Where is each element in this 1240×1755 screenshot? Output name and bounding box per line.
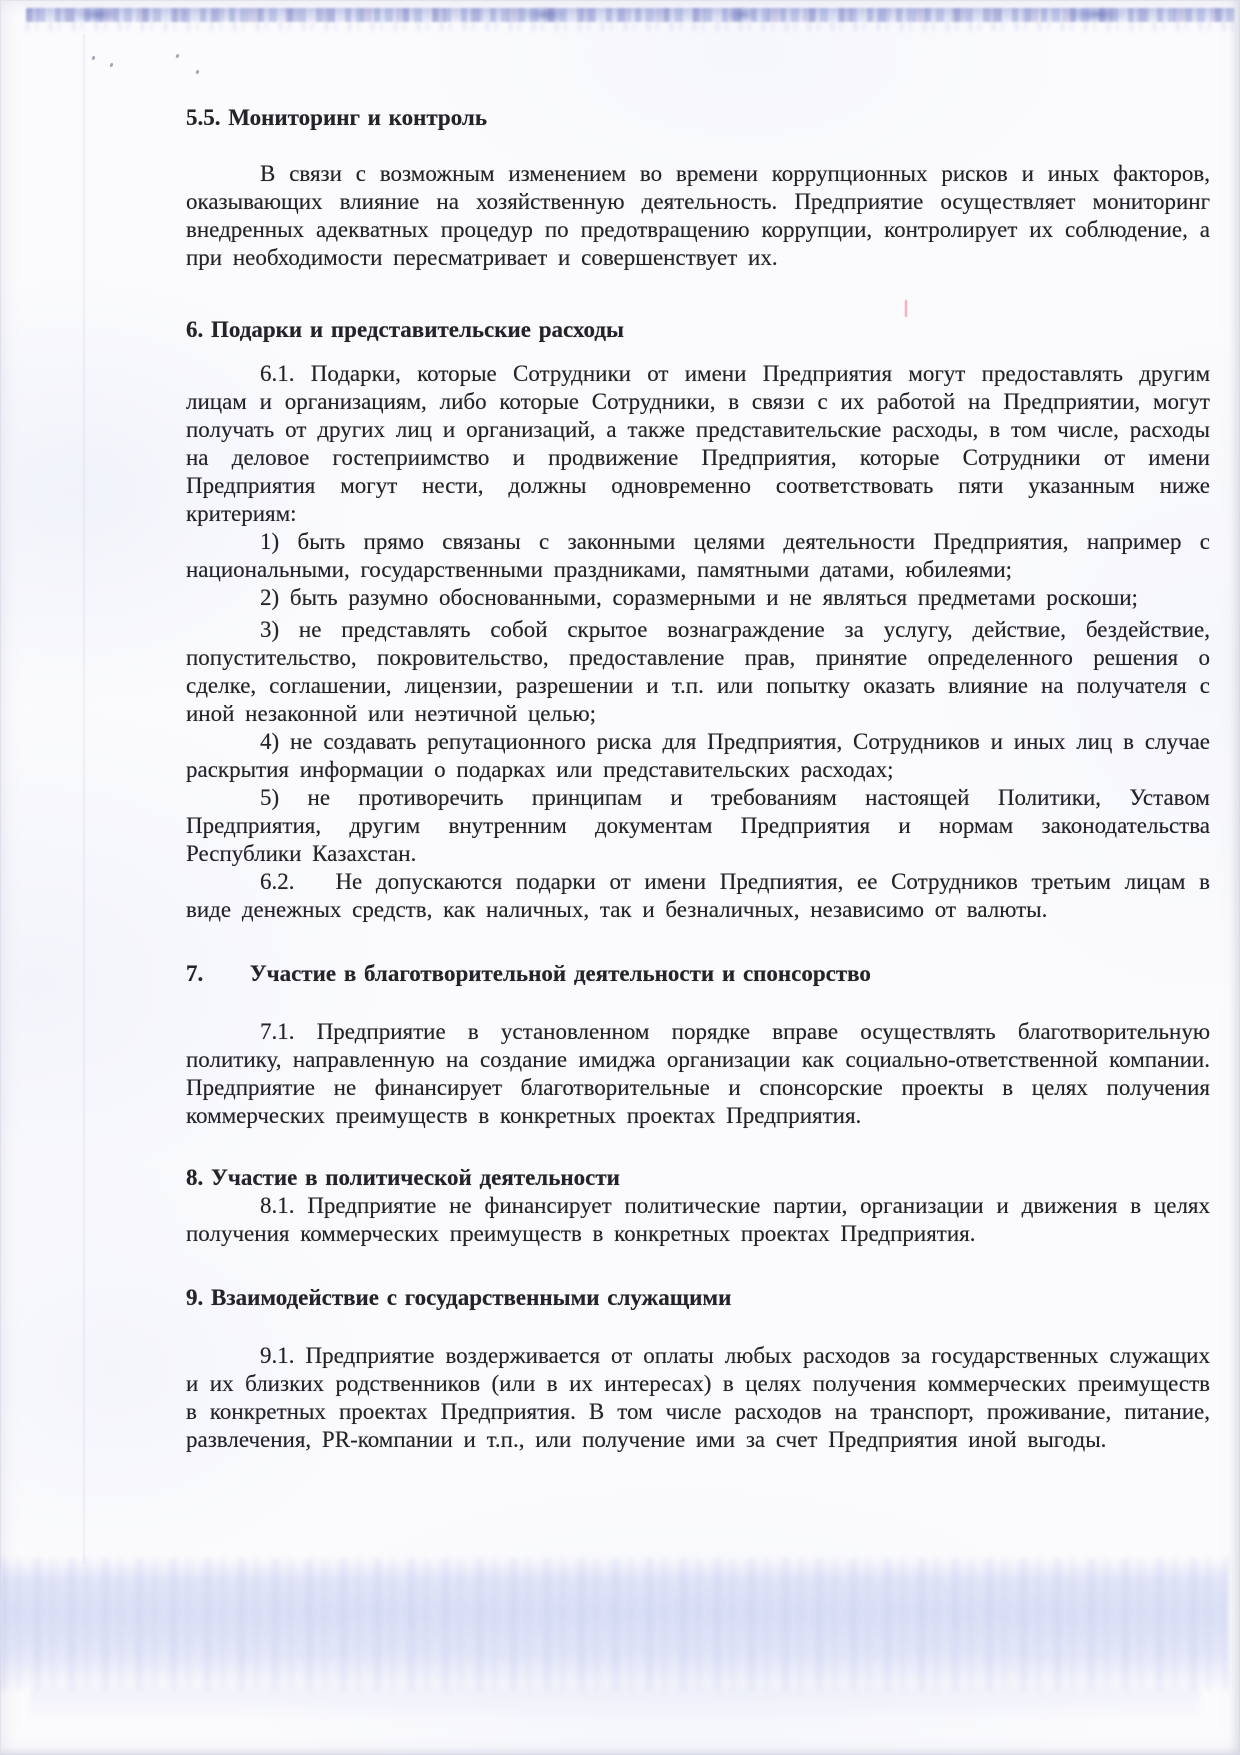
- scan-speck: [91, 56, 95, 61]
- paragraph-8-1: 8.1. Предприятие не финансирует политиче…: [186, 1192, 1210, 1248]
- section-heading-9: 9. Взаимодействие с государственными слу…: [186, 1284, 1210, 1312]
- list-item-3: 3) не представлять собой скрытое вознагр…: [186, 616, 1210, 728]
- scan-speck: [175, 54, 179, 59]
- paragraph-6-1: 6.1. Подарки, которые Сотрудники от имен…: [186, 360, 1210, 528]
- list-item-5: 5) не противоречить принципам и требован…: [186, 784, 1210, 868]
- list-item-4: 4) не создавать репутационного риска для…: [186, 728, 1210, 784]
- scanned-document-page: 5.5. Мониторинг и контроль В связи с воз…: [0, 0, 1240, 1755]
- scan-smudge-blob: [74, 6, 120, 23]
- scan-artifact-bottom-smudge: [0, 1558, 1228, 1690]
- scan-smudge-blob: [1066, 6, 1126, 23]
- paragraph-5-5: В связи с возможным изменением во времен…: [186, 160, 1210, 272]
- section-heading-5-5: 5.5. Мониторинг и контроль: [186, 104, 1210, 132]
- list-item-1: 1) быть прямо связаны с законными целями…: [186, 528, 1210, 584]
- scan-artifact-bottom-smudge-tail: [30, 1688, 1200, 1722]
- paragraph-6-2: 6.2. Не допускаются подарки от имени Пре…: [186, 868, 1210, 924]
- scan-speck: [195, 70, 199, 75]
- paragraph-9-1: 9.1. Предприятие воздерживается от оплат…: [186, 1342, 1210, 1454]
- scan-edge-right: [1230, 0, 1240, 1755]
- scan-artifact-fold-line: [83, 34, 85, 1564]
- scan-speck: [109, 63, 113, 68]
- section-heading-7: 7. Участие в благотворительной деятельно…: [186, 960, 1210, 988]
- scan-artifact-top-edge: [26, 8, 1235, 22]
- scan-edge-bottom: [0, 1747, 1240, 1755]
- scan-smudge-blob: [727, 6, 757, 23]
- scan-smudge-blob: [522, 6, 568, 23]
- paragraph-7-1: 7.1. Предприятие в установленном порядке…: [186, 1018, 1210, 1130]
- section-heading-8: 8. Участие в политической деятельности: [186, 1164, 1210, 1192]
- section-heading-6: 6. Подарки и представительские расходы: [186, 316, 1210, 344]
- document-text: 5.5. Мониторинг и контроль В связи с воз…: [186, 104, 1210, 1454]
- list-item-2: 2) быть разумно обоснованными, соразмерн…: [186, 584, 1210, 612]
